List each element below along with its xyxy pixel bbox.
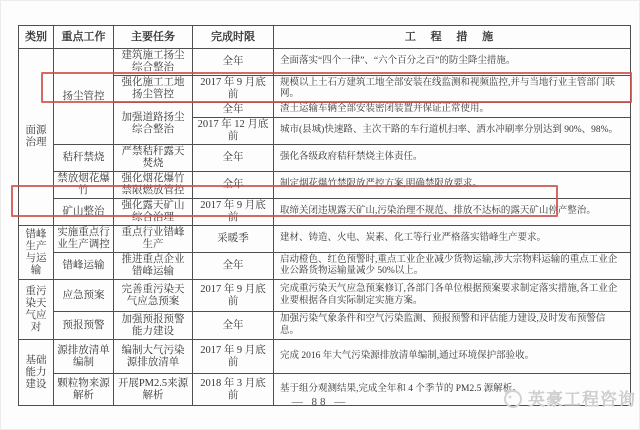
cell-task: 完善重污染天气应急预案 bbox=[114, 280, 193, 312]
table-row: 面源治理 扬尘管控 建筑施工扬尘综合整治 全年 全面落实“四个一律”、“六个百分… bbox=[19, 49, 631, 76]
watermark: 英豪工程咨询 bbox=[502, 385, 636, 410]
cell-task: 重点行业错峰生产 bbox=[114, 226, 193, 253]
cell-measure: 建材、铸造、火电、炭素、化工等行业严格落实错峰生产要求。 bbox=[274, 226, 631, 253]
table-row: 错峰生产与运输 实施重点行业生产调控 重点行业错峰生产 采暖季 建材、铸造、火电… bbox=[19, 226, 631, 253]
cell-work: 扬尘管控 bbox=[54, 49, 114, 145]
cell-measure: 规模以上土石方建筑工地全部安装在线监测和视频监控,并与当地行业主管部门联网。 bbox=[274, 76, 631, 103]
cell-measure: 启动橙色、红色预警时,重点工业企业减少货物运输,涉大宗物料运输的重点工业企业公路… bbox=[274, 253, 631, 280]
header-deadline: 完成时限 bbox=[193, 26, 274, 49]
watermark-text: 英豪工程咨询 bbox=[528, 385, 636, 410]
cell-deadline: 2017 年 9 月底前 bbox=[193, 76, 274, 103]
watermark-logo-icon bbox=[502, 387, 524, 409]
table-row: 错峰运输 推进重点企业错峰运输 全年 启动橙色、红色预警时,重点工业企业减少货物… bbox=[19, 253, 631, 280]
cell-work: 矿山整治 bbox=[54, 199, 114, 226]
header-category: 类别 bbox=[19, 26, 54, 49]
cell-measure: 强化各级政府秸秆禁烧主体责任。 bbox=[274, 145, 631, 172]
cell-measure: 城市(县城)快速路、主次干路的车行道机扫率、洒水冲刷率分别达到 90%、98%。 bbox=[274, 118, 631, 145]
table-row: 基础能力建设 源排放清单编制 编制大气污染源排放清单 2017 年 9 月底前 … bbox=[19, 340, 631, 374]
table-header-row: 类别 重点工作 主要任务 完成时限 工 程 措 施 bbox=[19, 26, 631, 49]
cell-deadline: 2017 年 9 月底前 bbox=[193, 340, 274, 374]
cell-measure: 全面落实“四个一律”、“六个百分之百”的防尘降尘措施。 bbox=[274, 49, 631, 76]
cell-work: 源排放清单编制 bbox=[54, 340, 114, 374]
cell-deadline: 全年 bbox=[193, 172, 274, 199]
cell-category: 面源治理 bbox=[19, 49, 54, 226]
cell-category: 错峰生产与运输 bbox=[19, 226, 54, 280]
header-measures: 工 程 措 施 bbox=[274, 26, 631, 49]
cell-deadline: 全年 bbox=[193, 145, 274, 172]
cell-measure: 加强污染气象条件和空气污染监测、预报预警和评估能力建设,及时发布预警信息。 bbox=[274, 312, 631, 340]
table-row: 秸秆禁烧 严禁秸秆露天焚烧 全年 强化各级政府秸秆禁烧主体责任。 bbox=[19, 145, 631, 172]
cell-work: 秸秆禁烧 bbox=[54, 145, 114, 172]
cell-deadline: 采暖季 bbox=[193, 226, 274, 253]
cell-task: 强化施工工地扬尘管控 bbox=[114, 76, 193, 103]
cell-task: 严禁秸秆露天焚烧 bbox=[114, 145, 193, 172]
cell-work: 禁放烟花爆竹 bbox=[54, 172, 114, 199]
cell-deadline: 全年 bbox=[193, 253, 274, 280]
cell-measure: 取缔关闭违规露天矿山,污染治理不规范、排放不达标的露天矿山停产整治。 bbox=[274, 199, 631, 226]
cell-deadline: 全年 bbox=[193, 103, 274, 118]
cell-measure: 完成 2016 年大气污染源排放清单编制,通过环境保护部验收。 bbox=[274, 340, 631, 374]
table-row: 重污染天气应对 应急预案 完善重污染天气应急预案 2017 年 9 月底前 完成… bbox=[19, 280, 631, 312]
table-row: 预报预警 加强预报预警能力建设 全年 加强污染气象条件和空气污染监测、预报预警和… bbox=[19, 312, 631, 340]
table-row: 禁放烟花爆竹 强化烟花爆竹禁限燃放管控 全年 制定烟花爆竹禁限放严控方案,明确禁… bbox=[19, 172, 631, 199]
cell-task: 加强道路扬尘综合整治 bbox=[114, 103, 193, 145]
cell-measure: 渣土运输车辆全部安装密闭装置并保证正常使用。 bbox=[274, 103, 631, 118]
table-row: 矿山整治 强化露天矿山综合治理 2017 年 9 月底前 取缔关闭违规露天矿山,… bbox=[19, 199, 631, 226]
measures-table: 类别 重点工作 主要任务 完成时限 工 程 措 施 面源治理 扬尘管控 建筑施工… bbox=[18, 25, 631, 406]
cell-work: 错峰运输 bbox=[54, 253, 114, 280]
cell-work: 预报预警 bbox=[54, 312, 114, 340]
cell-deadline: 全年 bbox=[193, 49, 274, 76]
cell-task: 编制大气污染源排放清单 bbox=[114, 340, 193, 374]
cell-deadline: 全年 bbox=[193, 312, 274, 340]
cell-task: 加强预报预警能力建设 bbox=[114, 312, 193, 340]
header-key-work: 重点工作 bbox=[54, 26, 114, 49]
cell-task: 强化烟花爆竹禁限燃放管控 bbox=[114, 172, 193, 199]
cell-measure: 制定烟花爆竹禁限放严控方案,明确禁限放要求。 bbox=[274, 172, 631, 199]
cell-deadline: 2017 年 9 月底前 bbox=[193, 199, 274, 226]
cell-work: 实施重点行业生产调控 bbox=[54, 226, 114, 253]
cell-task: 推进重点企业错峰运输 bbox=[114, 253, 193, 280]
cell-task: 强化露天矿山综合治理 bbox=[114, 199, 193, 226]
cell-deadline: 2017 年 9 月底前 bbox=[193, 280, 274, 312]
cell-deadline: 2017 年 12 月底前 bbox=[193, 118, 274, 145]
header-main-task: 主要任务 bbox=[114, 26, 193, 49]
cell-work: 应急预案 bbox=[54, 280, 114, 312]
cell-task: 建筑施工扬尘综合整治 bbox=[114, 49, 193, 76]
cell-measure: 完成重污染天气应急预案修订,各部门各单位根据预案要求制定落实措施,各工业企业要根… bbox=[274, 280, 631, 312]
cell-category: 重污染天气应对 bbox=[19, 280, 54, 340]
